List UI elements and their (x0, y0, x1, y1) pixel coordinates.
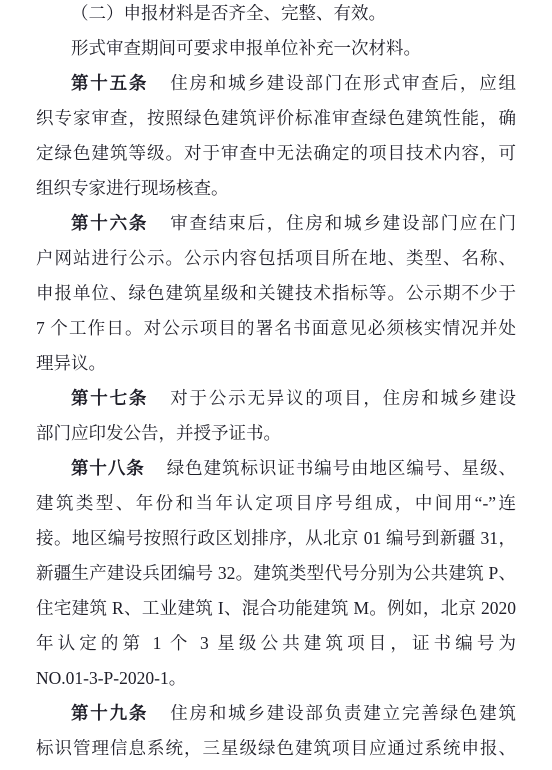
text-line: 户网站进行公示。公示内容包括项目所在地、类型、名称、 (36, 241, 516, 276)
line-text: 绿色建筑标识证书编号由地区编号、星级、 (167, 458, 516, 478)
line-text: 申报单位、绿色建筑星级和关键技术指标等。公示期不少于 (36, 283, 516, 303)
text-line: 新疆生产建设兵团编号 32。建筑类型代号分别为公共建筑 P、 (36, 556, 516, 591)
text-line: 标识管理信息系统，三星级绿色建筑项目应通过系统申报、 (36, 731, 516, 766)
text-line: 理异议。 (36, 346, 516, 381)
line-text: 标识管理信息系统，三星级绿色建筑项目应通过系统申报、 (36, 738, 516, 758)
text-line: 组织专家进行现场核查。 (36, 171, 516, 206)
line-text: 定绿色建筑等级。对于审查中无法确定的项目技术内容，可 (36, 143, 516, 163)
text-line: 部门应印发公告，并授予证书。 (36, 416, 516, 451)
line-text: 户网站进行公示。公示内容包括项目所在地、类型、名称、 (36, 248, 516, 268)
line-text: 接。地区编号按照行政区划排序，从北京 01 编号到新疆 31， (36, 528, 516, 548)
article-number: 第十六条 (71, 213, 148, 233)
line-text: 对于公示无异议的项目，住房和城乡建设 (170, 388, 516, 408)
text-line: 织专家审查，按照绿色建筑评价标准审查绿色建筑性能，确 (36, 101, 516, 136)
line-text: 年认定的第 1 个 3 星级公共建筑项目，证书编号为 (36, 633, 516, 653)
line-text: 住房和城乡建设部负责建立完善绿色建筑 (170, 703, 516, 723)
text-line: 建筑类型、年份和当年认定项目序号组成，中间用“-”连 (36, 486, 516, 521)
line-text: 审查结束后，住房和城乡建设部门应在门 (170, 213, 516, 233)
text-line: 7 个工作日。对公示项目的署名书面意见必须核实情况并处 (36, 311, 516, 346)
text-line: 第十八条绿色建筑标识证书编号由地区编号、星级、 (36, 451, 516, 486)
line-text: 理异议。 (36, 353, 106, 373)
text-line: 定绿色建筑等级。对于审查中无法确定的项目技术内容，可 (36, 136, 516, 171)
text-line: （二）申报材料是否齐全、完整、有效。 (36, 0, 516, 31)
document-page: （二）申报材料是否齐全、完整、有效。 形式审查期间可要求申报单位补充一次材料。 … (0, 0, 552, 766)
certificate-number-text: NO.01-3-P-2020-1。 (36, 668, 186, 688)
text-line: 年认定的第 1 个 3 星级公共建筑项目，证书编号为 (36, 626, 516, 661)
line-text: 新疆生产建设兵团编号 32。建筑类型代号分别为公共建筑 P、 (36, 563, 516, 583)
text-line: 第十九条住房和城乡建设部负责建立完善绿色建筑 (36, 696, 516, 731)
text-line: 第十五条住房和城乡建设部门在形式审查后，应组 (36, 66, 516, 101)
line-text: 住宅建筑 R、工业建筑 I、混合功能建筑 M。例如，北京 2020 (36, 598, 516, 618)
line-text: 组织专家进行现场核查。 (36, 178, 229, 198)
text-line: 形式审查期间可要求申报单位补充一次材料。 (36, 31, 516, 66)
text-line: 申报单位、绿色建筑星级和关键技术指标等。公示期不少于 (36, 276, 516, 311)
line-text: 7 个工作日。对公示项目的署名书面意见必须核实情况并处 (36, 318, 516, 338)
text-line: NO.01-3-P-2020-1。 (36, 661, 516, 696)
line-text: （二）申报材料是否齐全、完整、有效。 (71, 3, 386, 23)
text-line: 住宅建筑 R、工业建筑 I、混合功能建筑 M。例如，北京 2020 (36, 591, 516, 626)
article-number: 第十五条 (71, 73, 148, 93)
text-line: 接。地区编号按照行政区划排序，从北京 01 编号到新疆 31， (36, 521, 516, 556)
line-text: 住房和城乡建设部门在形式审查后，应组 (170, 73, 516, 93)
article-number: 第十八条 (71, 458, 145, 478)
line-text: 建筑类型、年份和当年认定项目序号组成，中间用“-”连 (36, 493, 516, 513)
text-line: 第十六条审查结束后，住房和城乡建设部门应在门 (36, 206, 516, 241)
line-text: 形式审查期间可要求申报单位补充一次材料。 (71, 38, 421, 58)
article-number: 第十九条 (71, 703, 148, 723)
line-text: 织专家审查，按照绿色建筑评价标准审查绿色建筑性能，确 (36, 108, 516, 128)
article-number: 第十七条 (71, 388, 148, 408)
line-text: 部门应印发公告，并授予证书。 (36, 423, 281, 443)
text-line: 第十七条对于公示无异议的项目，住房和城乡建设 (36, 381, 516, 416)
